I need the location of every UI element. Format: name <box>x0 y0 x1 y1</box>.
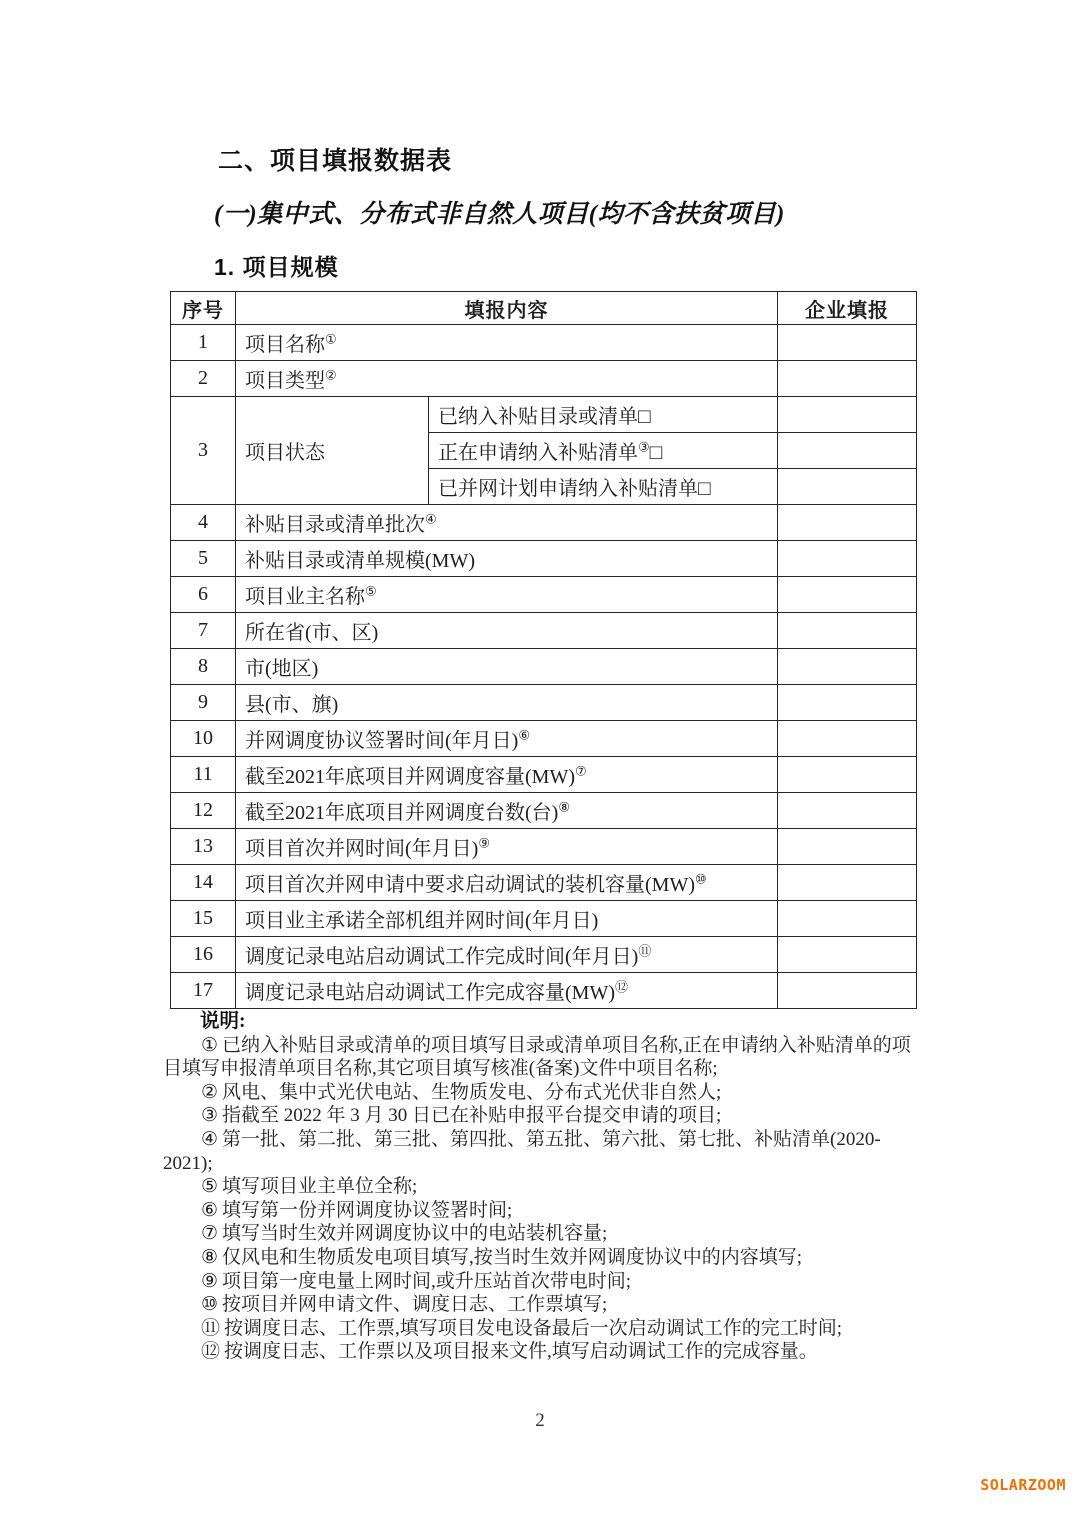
enterprise-fill-cell <box>778 865 917 901</box>
enterprise-fill-cell <box>778 793 917 829</box>
row-content: 县(市、旗) <box>236 685 778 721</box>
row-number: 2 <box>171 361 236 397</box>
footnote-superscript: ⑨ <box>478 835 490 850</box>
row-content: 截至2021年底项目并网调度台数(台)⑧ <box>236 793 778 829</box>
row-content: 调度记录电站启动调试工作完成容量(MW)⑫ <box>236 973 778 1009</box>
table-row: 10并网调度协议签署时间(年月日)⑥ <box>171 721 917 757</box>
row-number: 7 <box>171 613 236 649</box>
row-number: 16 <box>171 937 236 973</box>
note-marker: ⑩ <box>201 1294 218 1315</box>
note-item: ⑨项目第一度电量上网时间,或升压站首次带电时间; <box>163 1270 919 1294</box>
footnote-superscript: ⑦ <box>575 763 587 778</box>
status-option: 已纳入补贴目录或清单□ <box>429 397 778 433</box>
table-row: 6项目业主名称⑤ <box>171 577 917 613</box>
row-number: 10 <box>171 721 236 757</box>
row-content: 项目类型② <box>236 361 778 397</box>
note-marker: ⑥ <box>201 1200 218 1221</box>
section-heading: 二、项目填报数据表 <box>218 141 452 177</box>
row-number: 5 <box>171 541 236 577</box>
footnote-superscript: ⑪ <box>638 943 651 958</box>
note-marker: ⑦ <box>201 1223 218 1244</box>
notes-section: 说明: ①已纳入补贴目录或清单的项目填写目录或清单项目名称,正在申请纳入补贴清单… <box>163 1010 919 1364</box>
enterprise-fill-cell <box>778 613 917 649</box>
footnote-superscript: ③ <box>638 439 650 454</box>
enterprise-fill-cell <box>778 685 917 721</box>
row-content: 项目名称① <box>236 325 778 361</box>
enterprise-fill-cell <box>778 649 917 685</box>
note-item: ⑤填写项目业主单位全称; <box>163 1175 919 1199</box>
table-header-row: 序号 填报内容 企业填报 <box>171 292 917 325</box>
note-item: ⑦填写当时生效并网调度协议中的电站装机容量; <box>163 1222 919 1246</box>
note-marker: ④ <box>201 1129 218 1150</box>
enterprise-fill-cell <box>778 433 917 469</box>
page-number: 2 <box>0 1410 1080 1432</box>
table-row: 12截至2021年底项目并网调度台数(台)⑧ <box>171 793 917 829</box>
enterprise-fill-cell <box>778 757 917 793</box>
row-number: 14 <box>171 865 236 901</box>
col-header-enterprise: 企业填报 <box>778 292 917 325</box>
footnote-superscript: ⑥ <box>518 727 530 742</box>
row-content: 截至2021年底项目并网调度容量(MW)⑦ <box>236 757 778 793</box>
enterprise-fill-cell <box>778 325 917 361</box>
note-marker: ⑤ <box>201 1176 218 1197</box>
table-row: 16调度记录电站启动调试工作完成时间(年月日)⑪ <box>171 937 917 973</box>
table-row: 1项目名称① <box>171 325 917 361</box>
note-marker: ⑨ <box>201 1271 218 1292</box>
project-data-table: 序号 填报内容 企业填报 1项目名称①2项目类型②3项目状态已纳入补贴目录或清单… <box>170 291 917 1009</box>
notes-list: ①已纳入补贴目录或清单的项目填写目录或清单项目名称,正在申请纳入补贴清单的项目填… <box>163 1034 919 1364</box>
row-number: 12 <box>171 793 236 829</box>
enterprise-fill-cell <box>778 541 917 577</box>
table-row: 11截至2021年底项目并网调度容量(MW)⑦ <box>171 757 917 793</box>
note-marker: ② <box>201 1082 218 1103</box>
row-content: 并网调度协议签署时间(年月日)⑥ <box>236 721 778 757</box>
enterprise-fill-cell <box>778 469 917 505</box>
row-content: 项目首次并网申请中要求启动调试的装机容量(MW)⑩ <box>236 865 778 901</box>
row-number: 1 <box>171 325 236 361</box>
footnote-superscript: ① <box>325 331 337 346</box>
row-content: 市(地区) <box>236 649 778 685</box>
note-marker: ⑪ <box>201 1318 220 1339</box>
row-content: 调度记录电站启动调试工作完成时间(年月日)⑪ <box>236 937 778 973</box>
row-number: 4 <box>171 505 236 541</box>
status-option: 正在申请纳入补贴清单③□ <box>429 433 778 469</box>
row-content: 项目状态 <box>236 397 429 505</box>
enterprise-fill-cell <box>778 829 917 865</box>
row-number: 9 <box>171 685 236 721</box>
row-content: 补贴目录或清单批次④ <box>236 505 778 541</box>
row-number: 17 <box>171 973 236 1009</box>
status-option: 已并网计划申请纳入补贴清单□ <box>429 469 778 505</box>
checkbox: □ <box>650 440 663 464</box>
table-row: 14项目首次并网申请中要求启动调试的装机容量(MW)⑩ <box>171 865 917 901</box>
enterprise-fill-cell <box>778 721 917 757</box>
enterprise-fill-cell <box>778 505 917 541</box>
row-number: 3 <box>171 397 236 505</box>
checkbox: □ <box>638 404 651 428</box>
table-row: 15项目业主承诺全部机组并网时间(年月日) <box>171 901 917 937</box>
row-number: 15 <box>171 901 236 937</box>
table-row: 17调度记录电站启动调试工作完成容量(MW)⑫ <box>171 973 917 1009</box>
row-content: 项目业主名称⑤ <box>236 577 778 613</box>
footnote-superscript: ⑤ <box>365 583 377 598</box>
footnote-superscript: ⑩ <box>695 871 707 886</box>
footnote-superscript: ④ <box>425 511 437 526</box>
note-marker: ① <box>201 1035 218 1056</box>
notes-label: 说明: <box>200 1010 919 1034</box>
footnote-superscript: ⑫ <box>615 979 628 994</box>
enterprise-fill-cell <box>778 577 917 613</box>
row-content: 补贴目录或清单规模(MW) <box>236 541 778 577</box>
note-marker: ③ <box>201 1105 218 1126</box>
note-item: ④第一批、第二批、第三批、第四批、第五批、第六批、第七批、补贴清单(2020-2… <box>163 1128 919 1175</box>
row-content: 项目首次并网时间(年月日)⑨ <box>236 829 778 865</box>
col-header-content: 填报内容 <box>236 292 778 325</box>
watermark-text: SOLARZOOM <box>980 1476 1066 1494</box>
note-item: ⑩按项目并网申请文件、调度日志、工作票填写; <box>163 1293 919 1317</box>
enterprise-fill-cell <box>778 361 917 397</box>
enterprise-fill-cell <box>778 397 917 433</box>
row-number: 6 <box>171 577 236 613</box>
enterprise-fill-cell <box>778 937 917 973</box>
enterprise-fill-cell <box>778 973 917 1009</box>
row-number: 11 <box>171 757 236 793</box>
table-row: 9县(市、旗) <box>171 685 917 721</box>
col-header-no: 序号 <box>171 292 236 325</box>
table-row: 13项目首次并网时间(年月日)⑨ <box>171 829 917 865</box>
row-content: 项目业主承诺全部机组并网时间(年月日) <box>236 901 778 937</box>
row-content: 所在省(市、区) <box>236 613 778 649</box>
table-row: 2项目类型② <box>171 361 917 397</box>
note-item: ③指截至 2022 年 3 月 30 日已在补贴申报平台提交申请的项目; <box>163 1104 919 1128</box>
document-page: 二、项目填报数据表 (一)集中式、分布式非自然人项目(均不含扶贫项目) 1. 项… <box>0 0 1080 1527</box>
note-item: ⑧仅风电和生物质发电项目填写,按当时生效并网调度协议中的内容填写; <box>163 1246 919 1270</box>
note-marker: ⑫ <box>201 1341 220 1362</box>
row-number: 13 <box>171 829 236 865</box>
table-row: 4补贴目录或清单批次④ <box>171 505 917 541</box>
row-number: 8 <box>171 649 236 685</box>
note-item: ②风电、集中式光伏电站、生物质发电、分布式光伏非自然人; <box>163 1081 919 1105</box>
note-item: ⑥填写第一份并网调度协议签署时间; <box>163 1199 919 1223</box>
footnote-superscript: ⑧ <box>558 799 570 814</box>
note-item: ①已纳入补贴目录或清单的项目填写目录或清单项目名称,正在申请纳入补贴清单的项目填… <box>163 1034 919 1081</box>
note-item: ⑪按调度日志、工作票,填写项目发电设备最后一次启动调试工作的完工时间; <box>163 1317 919 1341</box>
footnote-superscript: ② <box>325 367 337 382</box>
table-row: 8市(地区) <box>171 649 917 685</box>
table-row: 5补贴目录或清单规模(MW) <box>171 541 917 577</box>
table-row: 7所在省(市、区) <box>171 613 917 649</box>
note-marker: ⑧ <box>201 1247 218 1268</box>
checkbox: □ <box>698 476 711 500</box>
table-row: 3项目状态已纳入补贴目录或清单□ <box>171 397 917 433</box>
table-title: 1. 项目规模 <box>214 249 339 282</box>
note-item: ⑫按调度日志、工作票以及项目报来文件,填写启动调试工作的完成容量。 <box>163 1340 919 1364</box>
table-body: 1项目名称①2项目类型②3项目状态已纳入补贴目录或清单□正在申请纳入补贴清单③□… <box>171 325 917 1009</box>
enterprise-fill-cell <box>778 901 917 937</box>
subsection-heading: (一)集中式、分布式非自然人项目(均不含扶贫项目) <box>214 194 785 230</box>
